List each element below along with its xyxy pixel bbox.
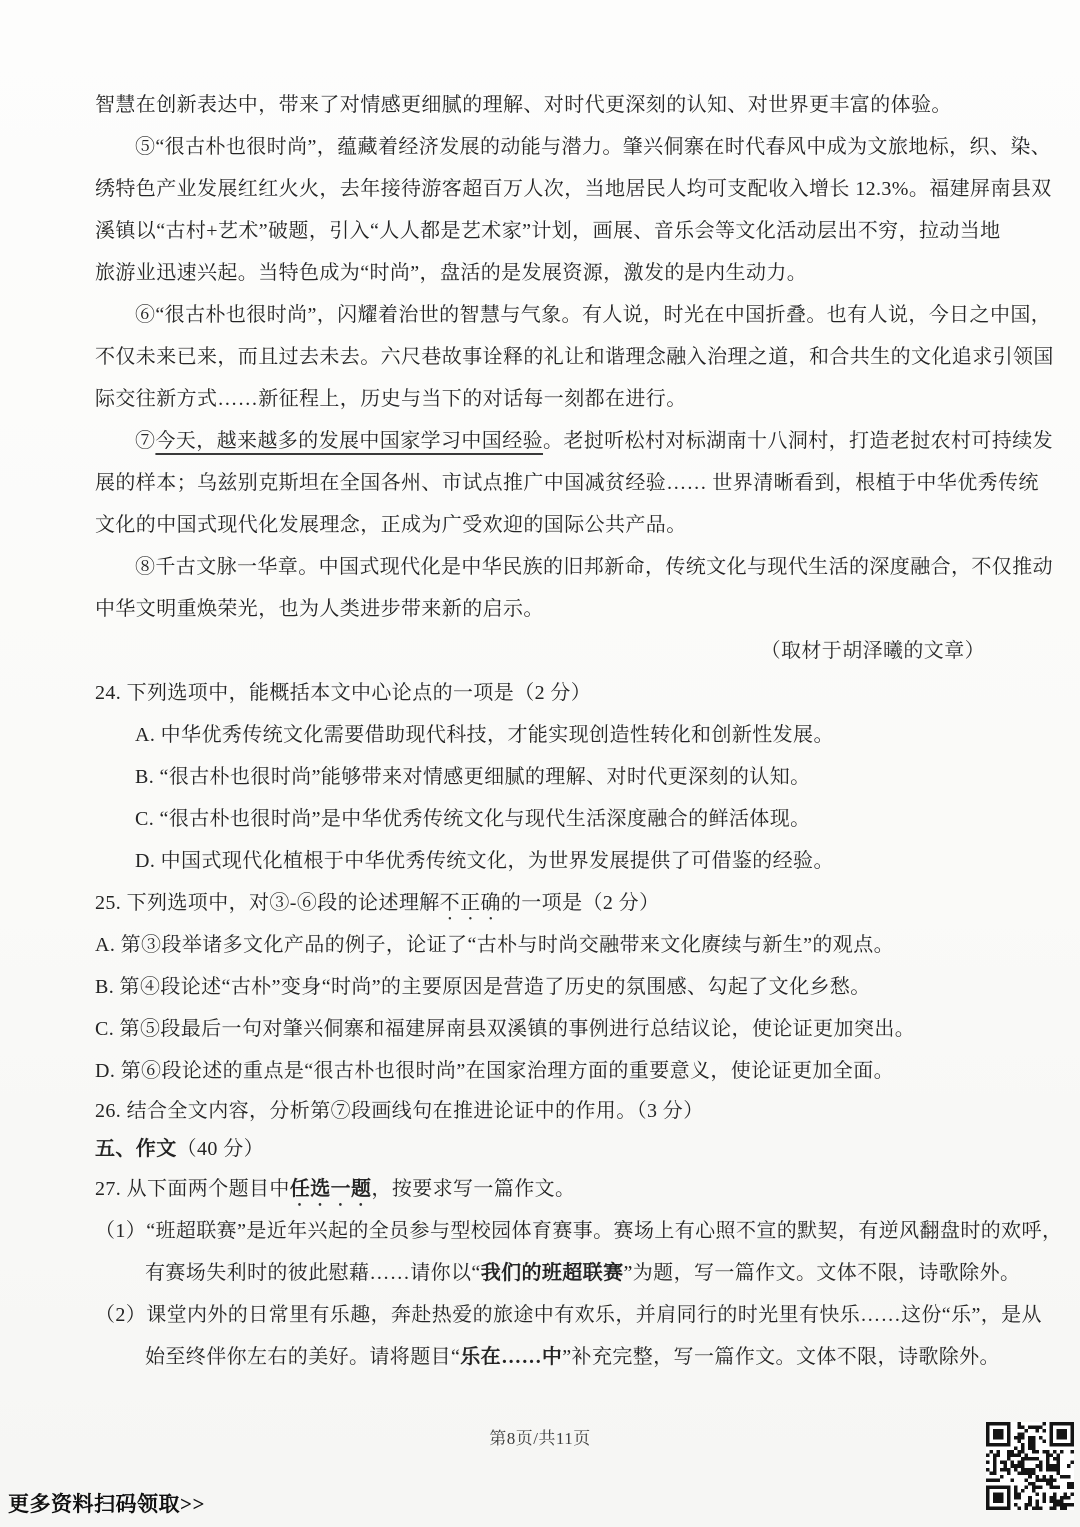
question-26-stem: 26. 结合全文内容，分析第⑦段画线句在推进论证中的作用。（3 分） [95,1092,985,1130]
passage-line: 绣特色产业发展红红火火，去年接待游客超百万人次，当地居民人均可支配收入增长 12… [95,168,985,210]
paragraph-marker: ⑦ [135,430,155,452]
essay-prompt-1-line: 有赛场失利时的彼此慰藉……请你以“我们的班超联赛”为题，写一篇作文。文体不限，诗… [95,1252,985,1294]
emphasized-text: 任选一题 [290,1178,372,1200]
section-title: 五、作文 [95,1138,177,1160]
question-24-stem: 24. 下列选项中，能概括本文中心论点的一项是（2 分） [95,672,985,714]
passage-line: 不仅未来已来，而且过去未去。六尺巷故事诠释的礼让和谐理念融入治理之道，和合共生的… [95,336,985,378]
exam-page: 智慧在创新表达中，带来了对情感更细腻的理解、对时代更深刻的认知、对世界更丰富的体… [0,0,1080,1378]
promo-link[interactable]: 更多资料扫码领取>> [8,1488,205,1518]
passage-line: 际交往新方式……新征程上，历史与当下的对话每一刻都在进行。 [95,378,985,420]
essay-title-bold: 乐在……中 [460,1346,562,1368]
essay-title-bold: 我们的班超联赛 [481,1262,624,1284]
text-segment: 有赛场失利时的彼此慰藉……请你以“ [145,1262,481,1284]
emphasized-text: 不正确 [440,892,501,914]
section-five-heading: 五、作文（40 分） [95,1130,985,1168]
text-segment: ”为题，写一篇作文。文体不限，诗歌除外。 [624,1262,1021,1284]
passage-line: ⑧千古文脉一华章。中国式现代化是中华民族的旧邦新命，传统文化与现代生活的深度融合… [95,546,985,588]
question-24-option-b: B. “很古朴也很时尚”能够带来对情感更细腻的理解、对时代更深刻的认知。 [95,756,985,798]
question-25-option-b: B. 第④段论述“古朴”变身“时尚”的主要原因是营造了历史的氛围感、勾起了文化乡… [95,966,985,1008]
text-segment: 。老挝听松村对标湖南十八洞村，打造老挝农村可持续发 [543,430,1053,452]
passage-line: 文化的中国式现代化发展理念，正成为广受欢迎的国际公共产品。 [95,504,985,546]
underlined-clause: 今天，越来越多的发展中国家学习中国经验 [155,430,543,452]
question-25-option-d: D. 第⑥段论述的重点是“很古朴也很时尚”在国家治理方面的重要意义，使论证更加全… [95,1050,985,1092]
page-number-indicator: 第8页/共11页 [0,1424,1080,1449]
text-segment: ”补充完整，写一篇作文。文体不限，诗歌除外。 [562,1346,1000,1368]
question-25-stem: 25. 下列选项中，对③-⑥段的论述理解不正确的一项是（2 分） [95,882,985,924]
essay-prompt-1-line: （1）“班超联赛”是近年兴起的全员参与型校园体育赛事。赛场上有心照不宣的默契，有… [95,1210,985,1252]
question-24-option-d: D. 中国式现代化植根于中华优秀传统文化，为世界发展提供了可借鉴的经验。 [95,840,985,882]
passage-line: 中华文明重焕荣光，也为人类进步带来新的启示。 [95,588,985,630]
passage-line: 溪镇以“古村+艺术”破题，引入“人人都是艺术家”计划，画展、音乐会等文化活动层出… [95,210,985,252]
passage-line: 展的样本；乌兹别克斯坦在全国各州、市试点推广中国减贫经验…… 世界清晰看到，根植… [95,462,985,504]
question-24-option-a: A. 中华优秀传统文化需要借助现代科技，才能实现创造性转化和创新性发展。 [95,714,985,756]
question-25-option-a: A. 第③段举诸多文化产品的例子，论证了“古朴与时尚交融带来文化赓续与新生”的观… [95,924,985,966]
passage-line: 旅游业迅速兴起。当特色成为“时尚”，盘活的是发展资源，激发的是内生动力。 [95,252,985,294]
question-27-stem: 27. 从下面两个题目中任选一题，按要求写一篇作文。 [95,1168,985,1210]
question-25-option-c: C. 第⑤段最后一句对肇兴侗寨和福建屏南县双溪镇的事例进行总结议论，使论证更加突… [95,1008,985,1050]
passage-line: ⑤“很古朴也很时尚”，蕴藏着经济发展的动能与潜力。肇兴侗寨在时代春风中成为文旅地… [95,126,985,168]
text-segment: 始至终伴你左右的美好。请将题目“ [145,1346,460,1368]
text-segment: ，按要求写一篇作文。 [371,1178,575,1200]
source-attribution: （取材于胡泽曦的文章） [95,630,985,672]
text-segment: 27. 从下面两个题目中 [95,1178,290,1200]
qr-code-icon [986,1422,1074,1510]
passage-line: 智慧在创新表达中，带来了对情感更细腻的理解、对时代更深刻的认知、对世界更丰富的体… [95,84,985,126]
text-segment: 的一项是（2 分） [501,892,660,914]
text-segment: 25. 下列选项中，对③-⑥段的论述理解 [95,892,440,914]
section-score: （40 分） [177,1138,264,1160]
question-24-option-c: C. “很古朴也很时尚”是中华优秀传统文化与现代生活深度融合的鲜活体现。 [95,798,985,840]
passage-line: ⑥“很古朴也很时尚”，闪耀着治世的智慧与气象。有人说，时光在中国折叠。也有人说，… [95,294,985,336]
essay-prompt-2-line: 始至终伴你左右的美好。请将题目“乐在……中”补充完整，写一篇作文。文体不限，诗歌… [95,1336,985,1378]
essay-prompt-2-line: （2）课堂内外的日常里有乐趣，奔赴热爱的旅途中有欢乐，并肩同行的时光里有快乐……… [95,1294,985,1336]
passage-line: ⑦今天，越来越多的发展中国家学习中国经验。老挝听松村对标湖南十八洞村，打造老挝农… [95,420,985,462]
